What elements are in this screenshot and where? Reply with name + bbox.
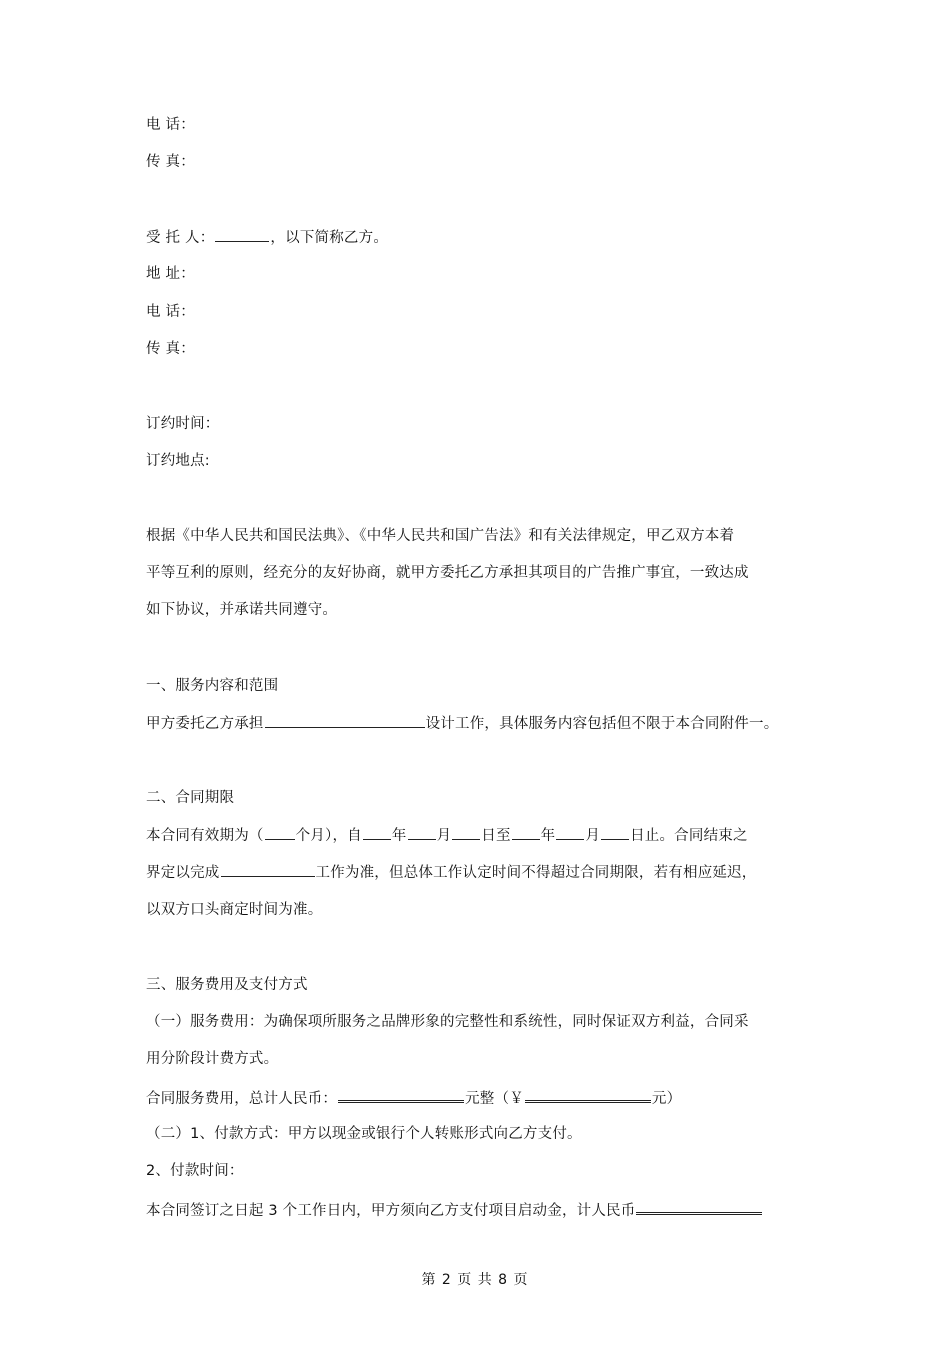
section1-text-after: 设计工作，具体服务内容包括但不限于本合同附件一。: [426, 716, 779, 732]
total-fee-amount-blank: [525, 1087, 651, 1103]
payment-method: （二）1、付款方式：甲方以现金或银行个人转账形式向乙方支付。: [146, 1124, 582, 1144]
service-scope-blank: [265, 713, 425, 728]
total-fee-words-blank: [338, 1087, 464, 1103]
section3-title: 三、服务费用及支付方式: [146, 975, 308, 995]
term-text: 月: [437, 828, 452, 844]
section2-term-line: 本合同有效期为（个月），自年月日至年月日止。合同结束之: [146, 825, 748, 846]
contractor-address-label: 地 址：: [146, 264, 195, 284]
payment-time-label: 2、付款时间：: [146, 1161, 244, 1181]
section2-line3: 以双方口头商定时间为准。: [146, 900, 322, 920]
term-text: 月: [585, 828, 600, 844]
term-text: 日止。合同结束之: [630, 828, 748, 844]
preamble-line: 平等互利的原则，经充分的友好协商，就甲方委托乙方承担其项目的广告推广事宜，一致达…: [146, 563, 749, 583]
term-text: 年: [392, 828, 407, 844]
section1-text: 甲方委托乙方承担设计工作，具体服务内容包括但不限于本合同附件一。: [146, 713, 778, 734]
fee-line: （一）服务费用：为确保项所服务之品牌形象的完整性和系统性，同时保证双方利益，合同…: [146, 1012, 749, 1032]
section2-title: 二、合同期限: [146, 788, 234, 808]
start-day-blank: [452, 825, 480, 840]
total-fee-text: 元整（￥: [465, 1091, 524, 1107]
term-text: 个月），自: [296, 828, 362, 844]
payment-time-line: 本合同签订之日起 3 个工作日内，甲方须向乙方支付项目启动金，计人民币: [146, 1199, 763, 1221]
start-year-blank: [363, 825, 391, 840]
total-fee-text: 合同服务费用，总计人民币：: [146, 1091, 337, 1107]
contractor-name-blank: [215, 227, 269, 242]
preamble-line: 根据《中华人民共和国民法典》、《中华人民共和国广告法》和有关法律规定，甲乙双方本…: [146, 526, 734, 546]
section1-title: 一、服务内容和范围: [146, 676, 278, 696]
total-fee-text: 元）: [652, 1091, 681, 1107]
fee-line: 用分阶段计费方式。: [146, 1049, 278, 1069]
contractor-name-line: 受 托 人：，以下简称乙方。: [146, 227, 388, 248]
contractor-fax-label: 传 真：: [146, 339, 195, 359]
end-day-blank: [601, 825, 629, 840]
term-text: 本合同有效期为（: [146, 828, 264, 844]
contractor-name-label: 受 托 人：: [146, 230, 214, 246]
contractor-phone-label: 电 话：: [146, 302, 195, 322]
term-text: 日至: [481, 828, 510, 844]
term-text: 年: [541, 828, 556, 844]
section1-text-before: 甲方委托乙方承担: [146, 716, 264, 732]
startup-fee-blank: [636, 1199, 762, 1215]
signing-time-label: 订约时间：: [146, 414, 220, 434]
client-fax-label: 传 真：: [146, 152, 195, 172]
signing-place-label: 订约地点:: [146, 451, 210, 471]
completion-text: 工作为准，但总体工作认定时间不得超过合同期限，若有相应延迟，: [316, 865, 757, 881]
contractor-name-suffix: ，以下简称乙方。: [270, 230, 388, 246]
payment-time-text: 本合同签订之日起 3 个工作日内，甲方须向乙方支付项目启动金，计人民币: [146, 1203, 635, 1219]
preamble-line: 如下协议，并承诺共同遵守。: [146, 600, 337, 620]
page-indicator: 第 2 页 共 8 页: [0, 1269, 950, 1289]
months-blank: [265, 825, 295, 840]
completion-work-blank: [221, 862, 315, 877]
end-month-blank: [556, 825, 584, 840]
client-phone-label: 电 话：: [146, 115, 195, 135]
end-year-blank: [512, 825, 540, 840]
completion-text: 界定以完成: [146, 865, 220, 881]
start-month-blank: [408, 825, 436, 840]
total-fee-line: 合同服务费用，总计人民币：元整（￥元）: [146, 1087, 681, 1109]
section2-completion-line: 界定以完成工作为准，但总体工作认定时间不得超过合同期限，若有相应延迟，: [146, 862, 757, 883]
document-page: 电 话： 传 真： 受 托 人：，以下简称乙方。 地 址： 电 话： 传 真： …: [0, 0, 950, 1346]
